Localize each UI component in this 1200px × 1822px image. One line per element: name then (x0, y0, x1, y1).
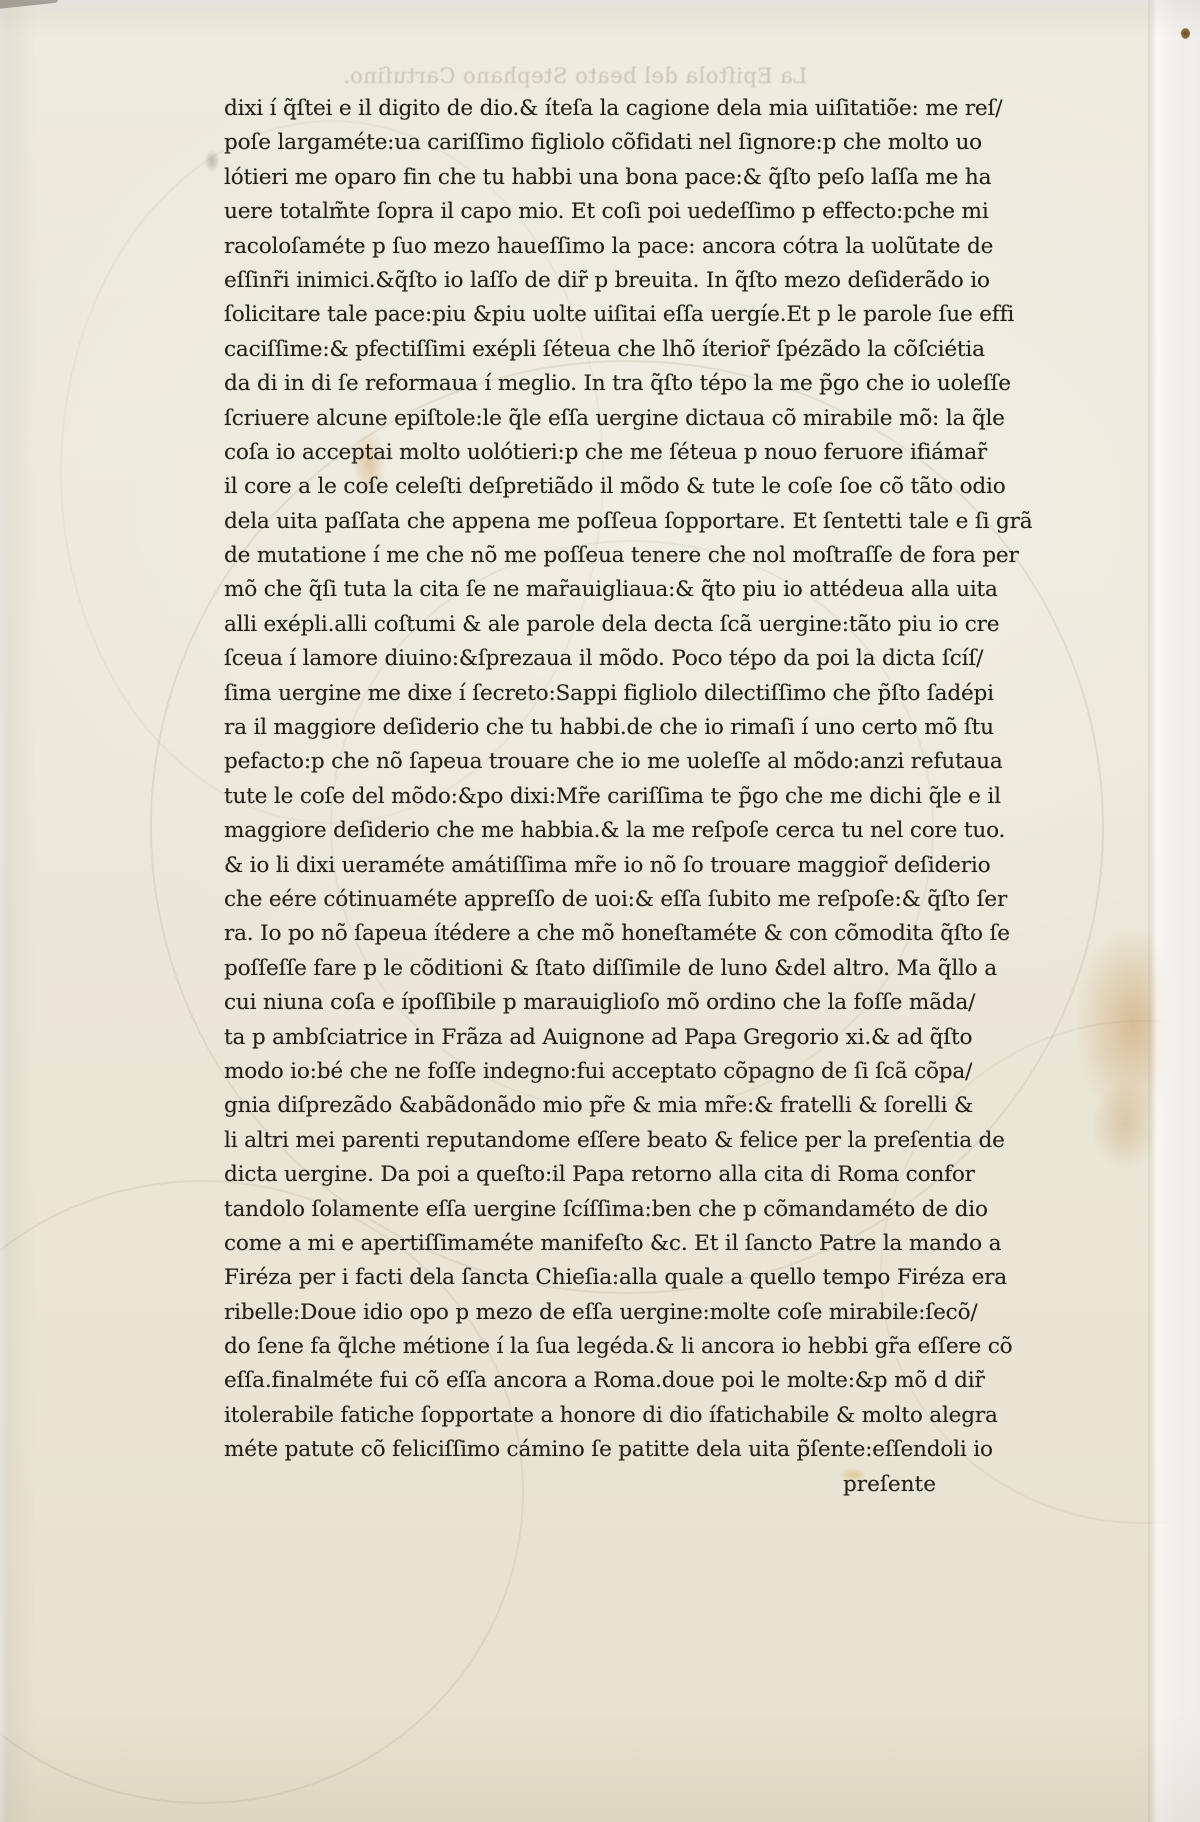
text-line: da di in di ſe reformaua í meglio. In tr… (224, 367, 1006, 401)
text-line: ſceua í lamore diuino:&ſprezaua il mõdo.… (224, 642, 1006, 676)
text-line: caciſſime:& pfectiſſimi exépli ſéteua ch… (224, 333, 1006, 367)
showthrough-running-title: La Epiſtola del beato Stephano Cartuſino… (275, 64, 875, 88)
text-line: alli exépli.alli coſtumi & ale parole de… (224, 608, 1006, 642)
page-left-edge (0, 0, 7, 1822)
ink-speck (1181, 28, 1190, 39)
text-line: ſcriuere alcune epiſtole:le q̃le eſſa ue… (224, 402, 1006, 436)
text-line: poſſeſſe fare p le cõditioni & ſtato diſ… (224, 952, 1006, 986)
text-line: li altri mei parenti reputandome eſſere … (224, 1124, 1006, 1158)
text-line: dixi í q̃ſtei e il digito de dio.& íteſa… (224, 92, 1006, 126)
text-line: cui niuna coſa e ípoſſibile p marauiglio… (224, 986, 1006, 1020)
text-line: do ſene fa q̃lche métione í la ſua legéd… (224, 1330, 1006, 1364)
text-line: tute le coſe del mõdo:&po dixi:Mr̃e cari… (224, 780, 1006, 814)
text-line: pefacto:p che nõ ſapeua trouare che io m… (224, 745, 1006, 779)
text-line: maggiore deſiderio che me habbia.& la me… (224, 814, 1006, 848)
text-line: lótieri me oparo fin che tu habbi una bo… (224, 161, 1006, 195)
text-line: mõ che q̃ſi tuta la cita ſe ne mar̃auigl… (224, 573, 1006, 607)
text-line: poſe largaméte:ua cariſſimo figliolo cõf… (224, 126, 1006, 160)
body-text: dixi í q̃ſtei e il digito de dio.& íteſa… (224, 92, 1006, 1468)
catchword: preſente (224, 1468, 936, 1502)
text-line: coſa io acceptai molto uolótieri:p che m… (224, 436, 1006, 470)
text-line: ribelle:Doue idio opo p mezo de eſſa uer… (224, 1296, 1006, 1330)
text-line: il core a le coſe celeſti deſpretiãdo il… (224, 470, 1006, 504)
text-line: itolerabile fatiche ſopportate a honore … (224, 1399, 1006, 1433)
text-line: ſima uergine me dixe í ſecreto:Sappi fig… (224, 677, 1006, 711)
text-line: che eére cótinuaméte appreſſo de uoi:& e… (224, 883, 1006, 917)
text-line: gnia diſprezãdo &abãdonãdo mio pr̃e & mi… (224, 1089, 1006, 1123)
text-line: & io li dixi ueraméte amátiſſima mr̃e io… (224, 849, 1006, 883)
text-line: eſſinr̃i inimici.&q̃ſto io laſſo de dir̃… (224, 264, 1006, 298)
text-line: ra il maggiore deſiderio che tu habbi.de… (224, 711, 1006, 745)
text-line: ra. Io po nõ ſapeua ítédere a che mõ hon… (224, 917, 1006, 951)
scanned-book-page: La Epiſtola del beato Stephano Cartuſino… (0, 0, 1200, 1822)
text-line: méte patute cõ feliciſſimo cámino ſe pat… (224, 1433, 1006, 1467)
text-line: eſſa.finalméte fui cõ eſſa ancora a Roma… (224, 1364, 1006, 1398)
text-line: tandolo ſolamente eſſa uergine ſcíſſima:… (224, 1193, 1006, 1227)
text-line: racoloſaméte p ſuo mezo haueſſimo la pac… (224, 230, 1006, 264)
text-line: modo io:bé che ne foſſe indegno:fui acce… (224, 1055, 1006, 1089)
text-line: ſolicitare tale pace:piu &piu uolte uiſi… (224, 298, 1006, 332)
text-line: de mutatione í me che nõ me poſſeua tene… (224, 539, 1006, 573)
text-line: dicta uergine. Da poi a queſto:il Papa r… (224, 1158, 1006, 1192)
text-line: Firéza per i facti dela ſancta Chieſia:a… (224, 1261, 1006, 1295)
page-fore-edge (1148, 0, 1200, 1822)
text-line: uere totalm̃te ſopra il capo mio. Et coſ… (224, 195, 1006, 229)
text-line: come a mi e apertiſſimaméte manifeſto &c… (224, 1227, 1006, 1261)
paper-stain (205, 150, 219, 172)
text-line: ta p ambſciatrice in Frãza ad Auignone a… (224, 1021, 1006, 1055)
page-top-edge (0, 0, 1200, 12)
text-line: dela uita paſſata che appena me poſſeua … (224, 505, 1006, 539)
